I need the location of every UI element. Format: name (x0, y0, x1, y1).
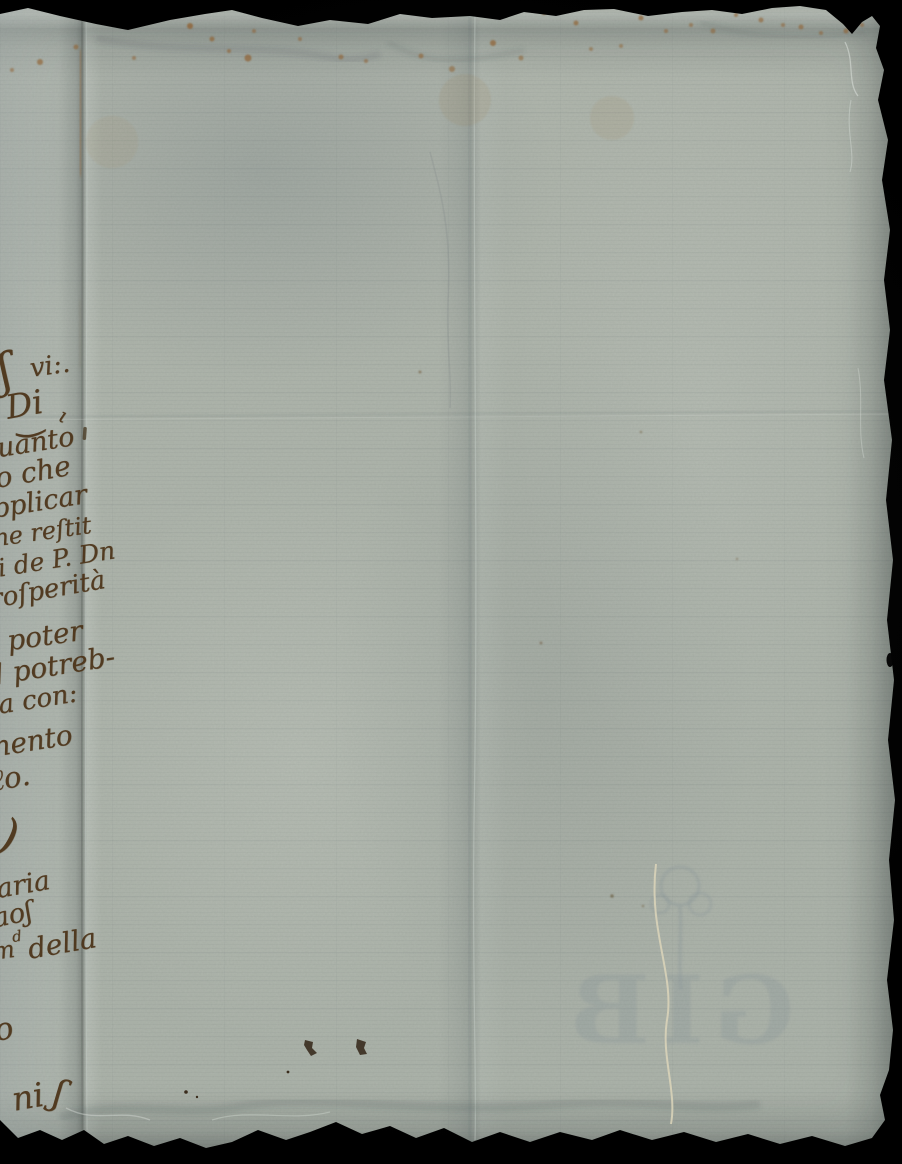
handwriting-fragment: ) (0, 807, 25, 864)
handwriting-fragment: ℓo. (0, 758, 33, 799)
handwriting-fragment: vi:. (28, 349, 72, 384)
handwriting-fragment: ni (9, 1075, 47, 1119)
handwriting-fragment: mento (0, 718, 75, 765)
handwriting-fragment: ʃ (49, 1073, 68, 1115)
handwriting-show-through: ʃʃvi:.Di‿ιquantoℓo chepplicarℓ ne reſtit… (0, 0, 897, 1156)
paper-sheet: GIB (0, 0, 897, 1156)
handwriting-fragment: ℓo (0, 1010, 17, 1052)
handwriting-fragment: della (25, 921, 99, 965)
handwriting-fragment: d (11, 927, 23, 946)
scan-background: GIB (0, 0, 902, 1164)
